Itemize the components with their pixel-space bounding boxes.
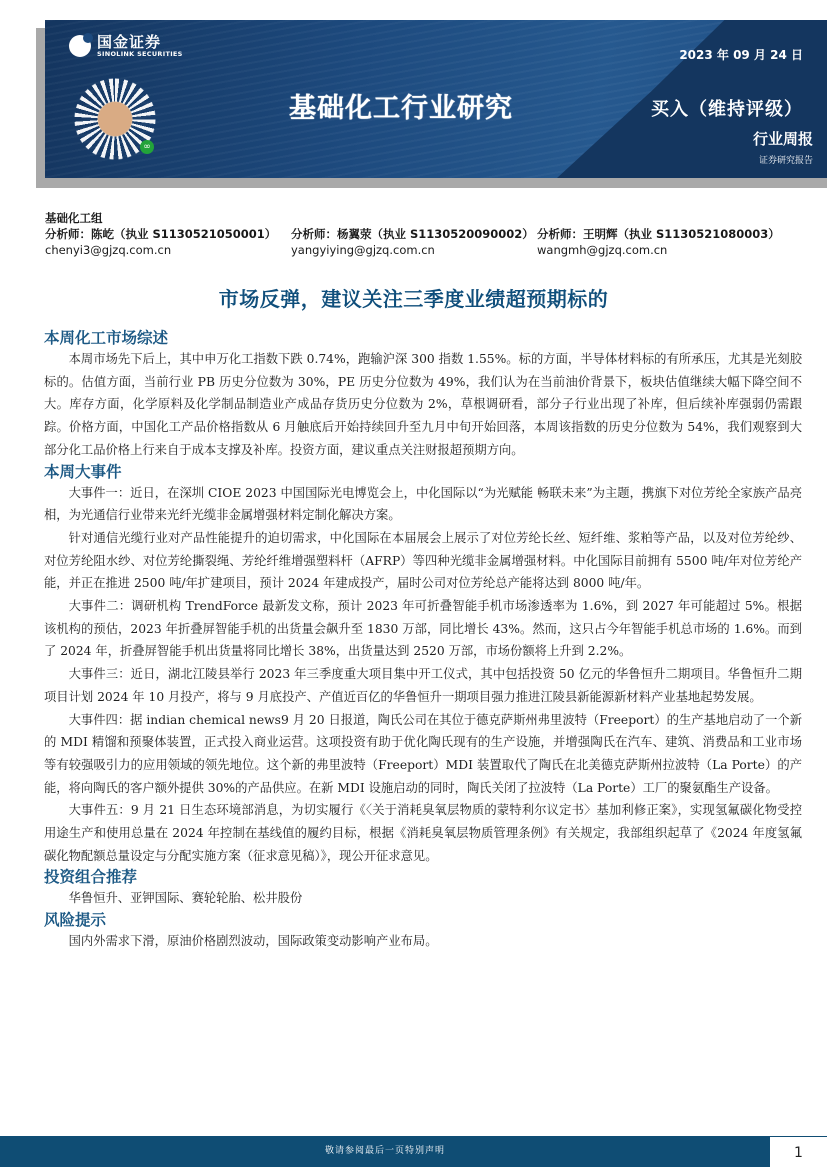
paragraph: 大事件三：近日，湖北江陵县举行 2023 年三季度重大项目集中开工仪式，其中包括… <box>44 663 802 708</box>
report-subtitle: 证券研究报告 <box>759 153 813 166</box>
analyst-name: 分析师：陈屹（执业 S1130521050001） <box>45 226 291 242</box>
section-title-risks: 风险提示 <box>44 910 802 930</box>
analyst: 分析师：杨翼荥（执业 S1130520090002） yangyiying@gj… <box>291 226 537 258</box>
analyst-email[interactable]: chenyi3@gjzq.com.cn <box>45 242 291 258</box>
paragraph: 本周市场先下后上，其中申万化工指数下跌 0.74%，跑输沪深 300 指数 1.… <box>44 348 802 462</box>
paragraph: 针对通信光缆行业对产品性能提升的迫切需求，中化国际在本届展会上展示了对位芳纶长丝… <box>44 527 802 595</box>
section-title-portfolio: 投资组合推荐 <box>44 867 802 887</box>
company-name-en: SINOLINK SECURITIES <box>97 50 183 58</box>
company-name-cn: 国金证券 <box>97 34 183 50</box>
footer-divider <box>770 1136 827 1137</box>
paragraph: 大事件四：据 indian chemical news9 月 20 日报道，陶氏… <box>44 709 802 800</box>
report-body: 本周化工市场综述 本周市场先下后上，其中申万化工指数下跌 0.74%，跑输沪深 … <box>44 328 802 953</box>
footer-disclaimer: 敬请参阅最后一页特别声明 <box>0 1136 770 1167</box>
research-group: 基础化工组 <box>45 210 805 226</box>
analyst: 分析师：王明辉（执业 S1130521080003） wangmh@gjzq.c… <box>537 226 805 258</box>
mini-program-icon: ∞ <box>140 140 154 154</box>
company-logo: 国金证券 SINOLINK SECURITIES <box>69 34 183 58</box>
analyst-name: 分析师：杨翼荥（执业 S1130520090002） <box>291 226 537 242</box>
headline: 市场反弹，建议关注三季度业绩超预期标的 <box>0 283 827 312</box>
paragraph: 华鲁恒升、亚钾国际、赛轮轮胎、松井股份 <box>44 887 802 910</box>
analyst-email[interactable]: wangmh@gjzq.com.cn <box>537 242 805 258</box>
analyst: 分析师：陈屹（执业 S1130521050001） chenyi3@gjzq.c… <box>45 226 291 258</box>
paragraph: 大事件一：近日，在深圳 CIOE 2023 中国国际光电博览会上，中化国际以“为… <box>44 482 802 527</box>
page-number: 1 <box>770 1140 827 1166</box>
paragraph: 大事件二：调研机构 TrendForce 最新发文称，预计 2023 年可折叠智… <box>44 595 802 663</box>
report-category-title: 基础化工行业研究 <box>289 86 513 125</box>
section-title-market-review: 本周化工市场综述 <box>44 328 802 348</box>
analyst-block: 基础化工组 分析师：陈屹（执业 S1130521050001） chenyi3@… <box>45 210 805 258</box>
logo-icon <box>69 35 91 57</box>
rating: 买入（维持评级） <box>651 95 803 121</box>
analyst-email[interactable]: yangyiying@gjzq.com.cn <box>291 242 537 258</box>
qr-center-logo <box>98 102 132 136</box>
paragraph: 国内外需求下滑，原油价格剧烈波动，国际政策变动影响产业布局。 <box>44 930 802 953</box>
report-type: 行业周报 <box>753 128 813 149</box>
analyst-name: 分析师：王明辉（执业 S1130521080003） <box>537 226 805 242</box>
header-banner: 国金证券 SINOLINK SECURITIES ∞ 基础化工行业研究 2023… <box>45 20 827 178</box>
report-date: 2023 年 09 月 24 日 <box>679 46 803 63</box>
paragraph: 大事件五：9 月 21 日生态环境部消息，为切实履行《〈关于消耗臭氧层物质的蒙特… <box>44 799 802 867</box>
section-title-weekly-events: 本周大事件 <box>44 462 802 482</box>
